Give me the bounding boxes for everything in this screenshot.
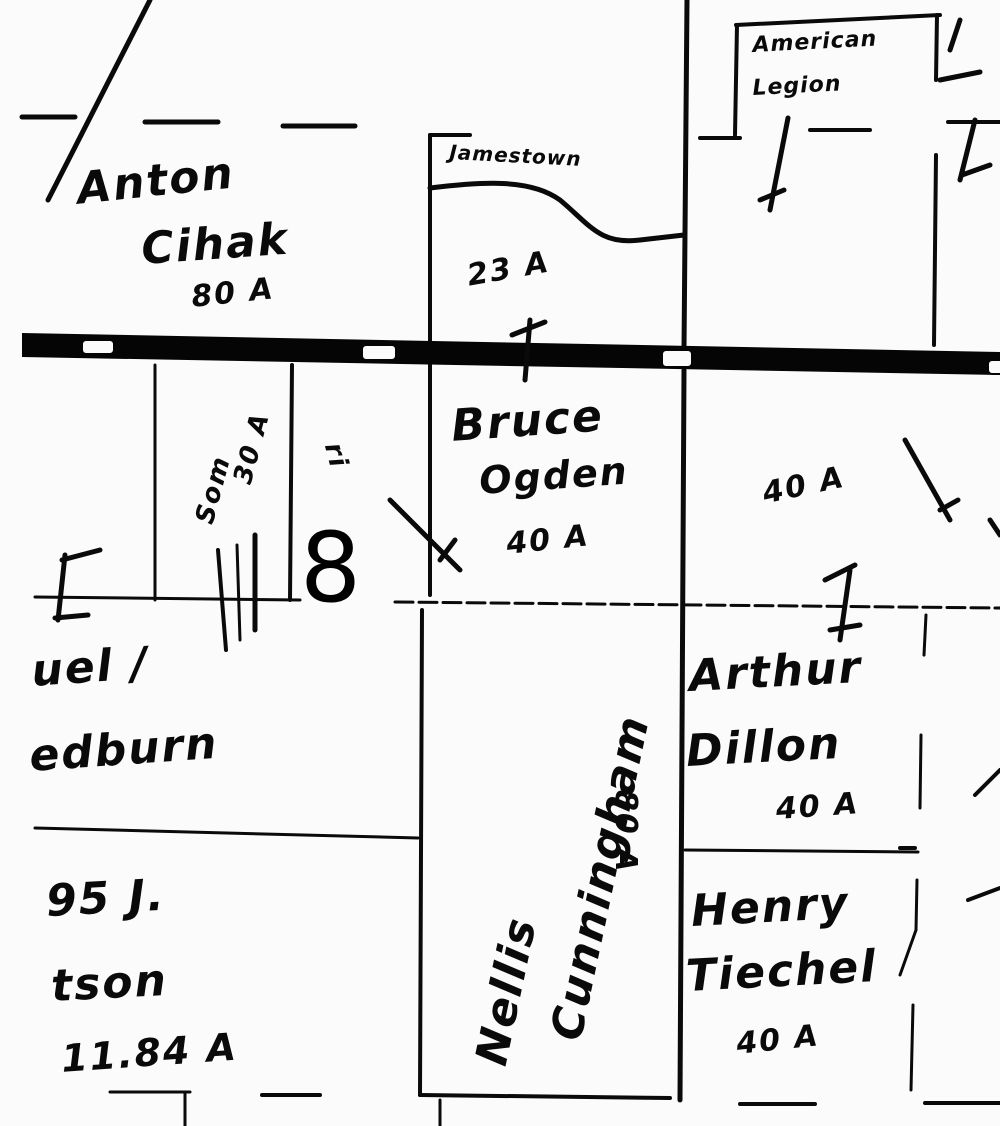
parcel-dillon-owner-line1: Arthur — [688, 646, 863, 699]
parcel-bruce-ogden-owner-line2: Ogden — [478, 452, 630, 500]
parcel-hedburn-owner-line1: uel / — [30, 642, 150, 694]
parcel-bruce-ogden-acreage: 40 A — [505, 521, 591, 560]
parcel-anton-cihak-owner-line2: Cihak — [140, 218, 290, 272]
parcel-american-legion-owner-line2: Legion — [752, 73, 842, 100]
parcel-watson-acreage: 11.84 A — [60, 1028, 239, 1078]
section-number: 8 — [300, 520, 361, 616]
parcel-watson-owner-line1: 95 J. — [45, 874, 167, 924]
parcel-dillon-owner-line2: Dillon — [685, 722, 842, 774]
parcel-tiechel-acreage: 40 A — [735, 1021, 821, 1060]
plat-map: 8 American Legion Jamestown 23 A Anton C… — [0, 0, 1000, 1126]
parcel-anton-cihak-acreage: 80 A — [190, 274, 276, 313]
parcel-jamestown-label: Jamestown — [449, 142, 582, 169]
parcel-hedburn-owner-line2: edburn — [28, 722, 220, 779]
parcel-watson-owner-line2: tson — [50, 959, 169, 1009]
parcel-tiechel-owner-line1: Henry — [690, 882, 850, 934]
parcel-dillon-acreage: 40 A — [775, 789, 860, 825]
parcel-tiechel-owner-line2: Tiechel — [685, 945, 878, 999]
road — [22, 333, 1000, 375]
parcel-cunningham-acreage: 80 A — [610, 790, 640, 873]
parcel-bruce-ogden-owner-line1: Bruce — [450, 394, 605, 449]
